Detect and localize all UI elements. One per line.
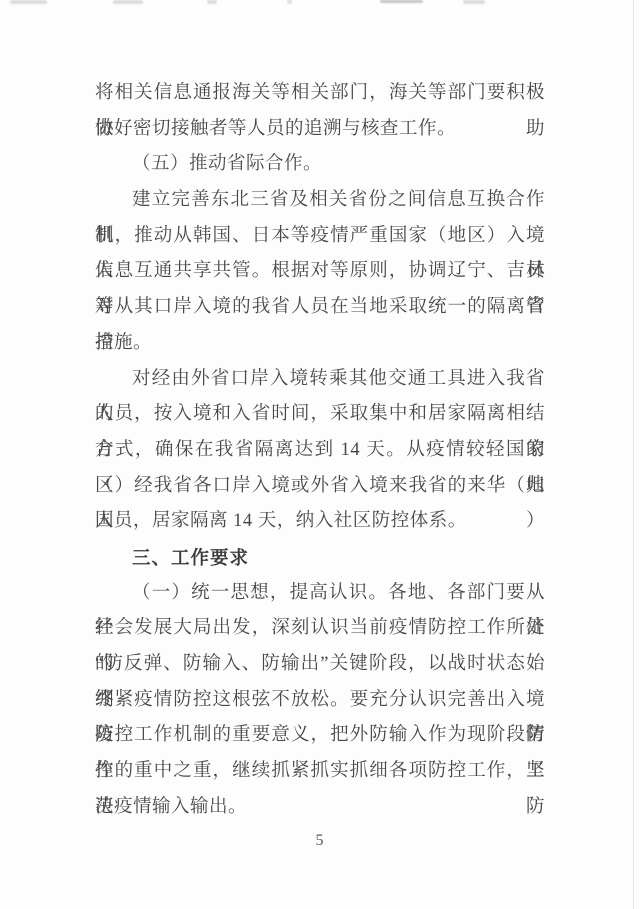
text-line: 制，推动从韩国、日本等疫情严重国家（地区）入境人员: [95, 219, 545, 255]
text-line: 措施。: [95, 326, 545, 362]
text-line: （五）推动省际合作。: [95, 147, 545, 183]
scan-artifact: [463, 0, 485, 4]
text-line: 区）经我省各口岸入境或外省入境来我省的来华（归国）: [95, 469, 545, 505]
text-line: 对经由外省口岸入境转乘其他交通工具进入我省的: [95, 362, 545, 398]
scan-artifact: [287, 0, 292, 4]
text-line: 信息互通共享共管。根据对等原则，协调辽宁、吉林等省: [95, 254, 545, 290]
text-line: 对从其口岸入境的我省人员在当地采取统一的隔离管控: [95, 290, 545, 326]
scan-edge-line: [633, 0, 634, 909]
text-line: “防反弹、防输入、防输出”关键阶段，以战时状态始终: [95, 647, 545, 683]
text-line: 绷紧疫情防控这根弦不放松。要充分认识完善出入境疫情: [95, 683, 545, 719]
section-heading: 三、工作要求: [95, 540, 545, 576]
document-body: 将相关信息通报海关等相关部门，海关等部门要积极协助做好密切接触者等人员的追溯与核…: [95, 76, 545, 825]
text-line: 作的重中之重，继续抓紧抓实抓细各项防控工作，坚决防: [95, 754, 545, 790]
text-line: 社会发展大局出发，深刻认识当前疫情防控工作所处的: [95, 611, 545, 647]
page-number: 5: [0, 828, 639, 854]
text-line: 建立完善东北三省及相关省份之间信息互换合作机: [95, 183, 545, 219]
text-line: （一）统一思想，提高认识。各地、各部门要从经济: [95, 576, 545, 612]
scan-artifact: [10, 0, 47, 4]
text-line: 人员，按入境和入省时间，采取集中和居家隔离相结合的: [95, 397, 545, 433]
scan-artifact: [207, 0, 217, 4]
text-line: 将相关信息通报海关等相关部门，海关等部门要积极协助: [95, 76, 545, 112]
text-line: 方式，确保在我省隔离达到 14 天。从疫情较轻国家（地: [95, 433, 545, 469]
document-page: 将相关信息通报海关等相关部门，海关等部门要积极协助做好密切接触者等人员的追溯与核…: [0, 0, 639, 909]
scan-artifact: [380, 0, 423, 3]
scan-artifact: [113, 0, 143, 4]
text-line: 防控工作机制的重要意义，把外防输入作为现阶段防控工: [95, 718, 545, 754]
